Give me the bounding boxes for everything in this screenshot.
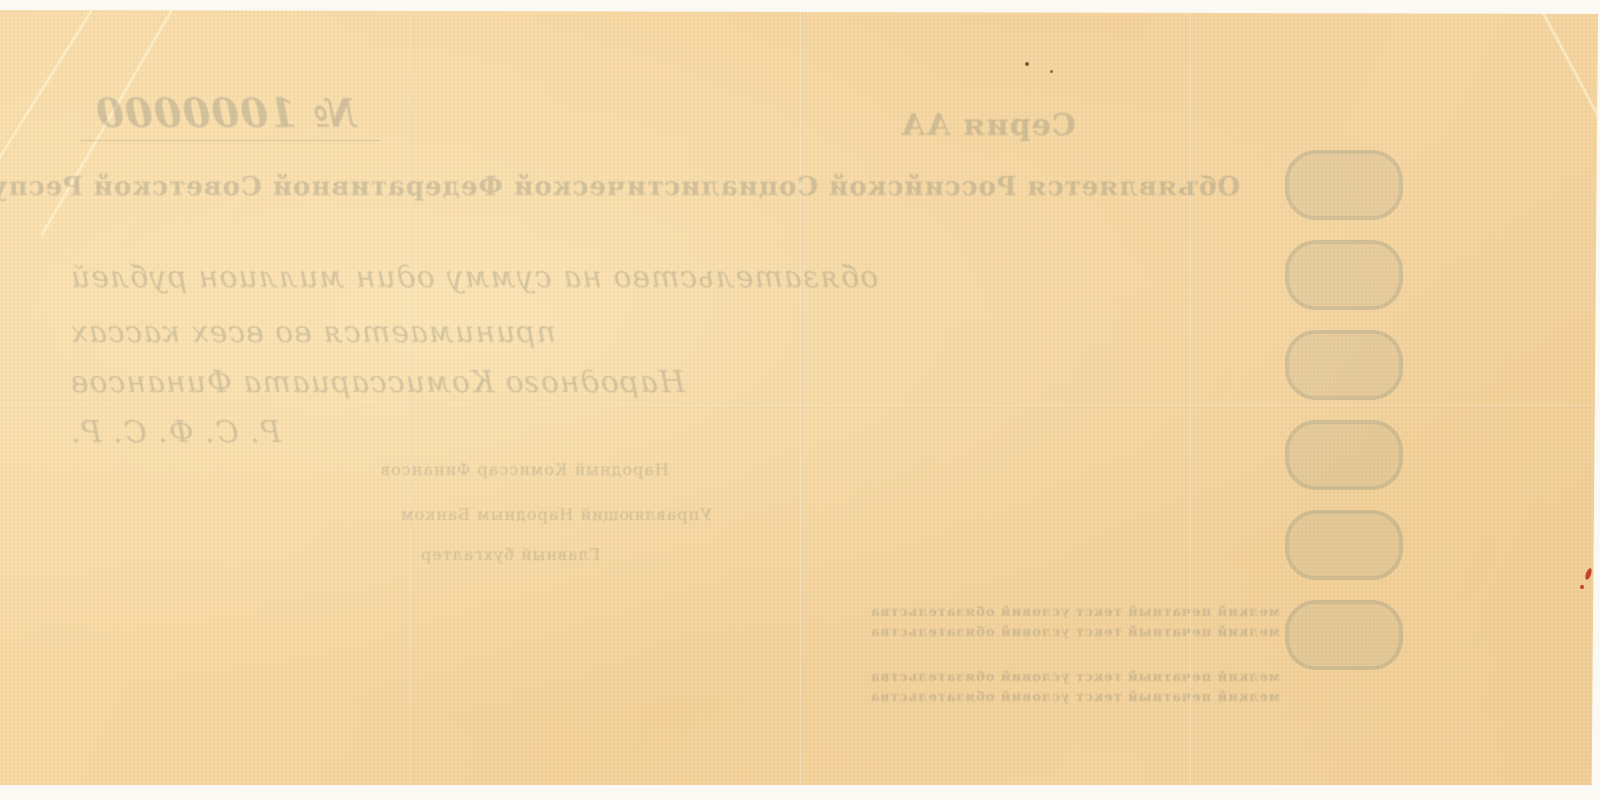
bleed-title: Объявляется Российской Социалистической … — [60, 172, 1240, 202]
bleed-serial-number: № 1000000 — [95, 90, 356, 137]
fold-line — [1190, 10, 1192, 785]
denomination-oval — [1285, 150, 1403, 220]
fold-line — [800, 10, 802, 785]
bleed-body-line: Р. С. Ф. С. Р. — [70, 415, 281, 450]
denomination-oval — [1285, 420, 1403, 490]
bleed-footer-line: мелкий печатный текст условий обязательс… — [100, 670, 1280, 685]
bleed-signature-line: Управляющий Народным Банком — [400, 505, 712, 524]
ink-spot — [1050, 70, 1053, 73]
bleed-footer-line: мелкий печатный текст условий обязательс… — [100, 605, 1280, 620]
banknote-paper: № 1000000 Серия АА Объявляется Российско… — [0, 10, 1598, 785]
denomination-oval — [1285, 330, 1403, 400]
red-stain — [1580, 585, 1584, 589]
bleed-footer-line: мелкий печатный текст условий обязательс… — [100, 690, 1280, 705]
denomination-oval — [1285, 510, 1403, 580]
red-stain — [1584, 568, 1593, 581]
bleed-body-line: принимается во всех кассах — [70, 315, 556, 350]
denomination-oval — [1285, 600, 1403, 670]
bleed-series-label: Серия АА — [900, 108, 1076, 143]
bleed-footer-line: мелкий печатный текст условий обязательс… — [100, 625, 1280, 640]
bleed-body-line: Народного Комиссариата Финансов — [70, 365, 685, 400]
denomination-ovals — [1285, 150, 1405, 690]
bleed-underline — [80, 140, 380, 141]
bleed-signature-line: Народный Комиссар Финансов — [380, 460, 669, 479]
crease — [1540, 10, 1598, 240]
bleed-signature-line: Главный бухгалтер — [420, 545, 600, 564]
ink-spot — [1025, 62, 1029, 66]
denomination-oval — [1285, 240, 1403, 310]
bleed-body-line: обязательство на сумму один миллион рубл… — [70, 260, 878, 295]
